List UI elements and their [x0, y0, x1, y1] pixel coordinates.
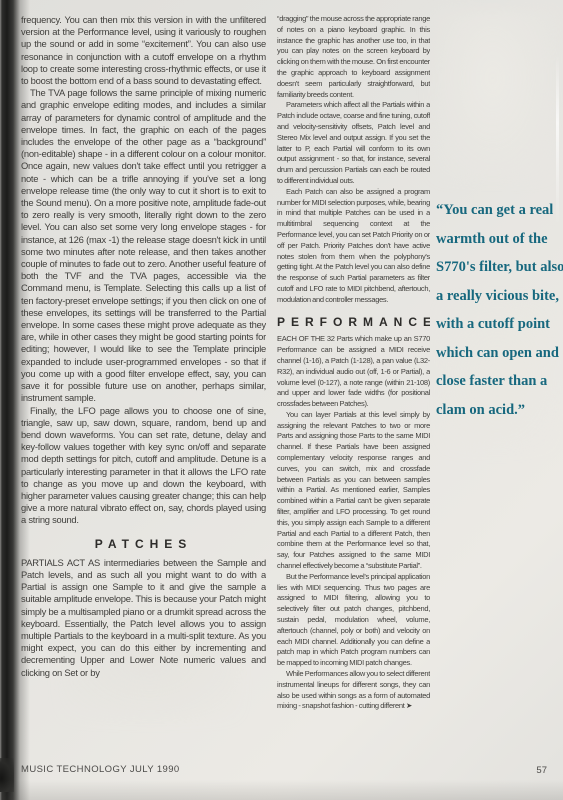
left-column: frequency. You can then mix this version… — [21, 14, 266, 770]
body-paragraph: “dragging” the mouse across the appropri… — [277, 14, 430, 100]
body-paragraph: Finally, the LFO page allows you to choo… — [21, 405, 266, 527]
body-paragraph: Parameters which affect all the Partials… — [277, 100, 430, 186]
body-paragraph: But the Performance level's principal ap… — [277, 572, 430, 669]
body-paragraph: PARTIALS ACT AS intermediaries between t… — [21, 557, 266, 679]
body-paragraph: EACH OF THE 32 Parts which make up an S7… — [277, 334, 430, 410]
body-paragraph: frequency. You can then mix this version… — [21, 14, 266, 87]
performances-section-heading: PERFORMANCES — [277, 317, 430, 328]
body-paragraph: The TVA page follows the same principle … — [21, 87, 266, 404]
page-footer: MUSIC TECHNOLOGY JULY 1990 57 — [21, 764, 547, 778]
footer-page-number: 57 — [536, 765, 547, 776]
page-showthrough — [430, 10, 555, 180]
magazine-page: frequency. You can then mix this version… — [0, 0, 563, 800]
pull-quote: “You can get a real warmth out of the S7… — [436, 196, 563, 424]
patches-section-heading: PATCHES — [21, 538, 266, 550]
right-column: “dragging” the mouse across the appropri… — [277, 14, 430, 789]
body-paragraph: Each Patch can also be assigned a progra… — [277, 187, 430, 306]
body-paragraph continued-arrow: While Performances allow you to select d… — [277, 669, 430, 712]
body-paragraph: You can layer Partials at this level sim… — [277, 410, 430, 572]
pull-quote-text: “You can get a real warmth out of the S7… — [436, 196, 563, 424]
footer-publication-date: MUSIC TECHNOLOGY JULY 1990 — [21, 764, 180, 775]
